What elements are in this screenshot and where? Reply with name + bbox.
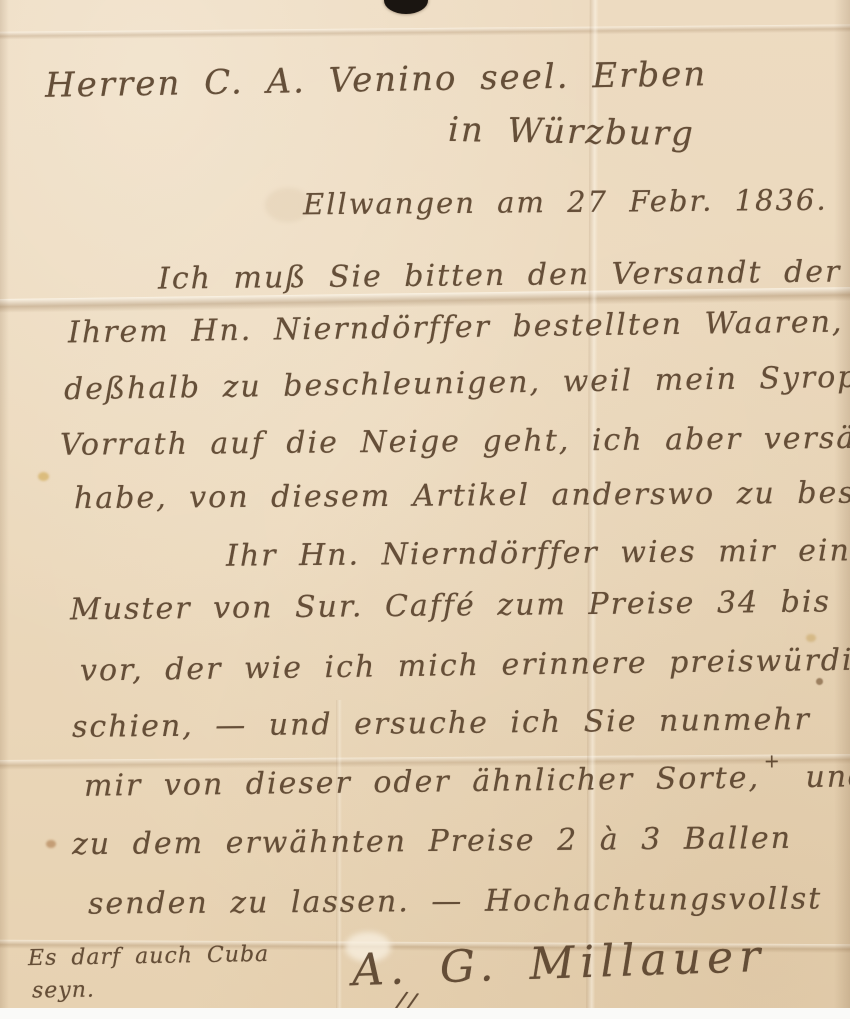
postscript-line-2: seyn. [32,977,95,1003]
p2-line-7: senden zu lassen. — Hochachtungsvollst [88,881,822,921]
stain-spot-1 [38,472,49,481]
p2-line-4: schien, — und ersuche ich Sie nunmehr [72,702,811,745]
p1-line-1: Ich muß Sie bitten den Versandt der [158,254,842,296]
wax-seal-remnant-icon [384,0,428,14]
p1-line-5: habe, von diesem Artikel anderswo zu bes… [74,475,850,516]
p2-line-5-tail: und [784,759,850,795]
p2-line-1: Ihr Hn. Nierndörffer wies mir ein [226,533,850,573]
recipient-line-1: Herren C. A. Venino seel. Erben [45,54,708,106]
p1-line-3: deßhalb zu beschleunigen, weil mein Syro… [64,360,850,407]
p1-line-4: Vorrath auf die Neige geht, ich aber ver… [60,420,850,463]
scan-background [0,1008,850,1019]
p2-line-5-text: mir von dieser oder ähnlicher Sorte, [84,761,760,804]
letter-sheet: Herren C. A. Venino seel. Erben in Würzb… [0,0,850,1008]
postscript-line-1: Es darf auch Cuba [28,942,270,971]
signature: A. G. Millauer [351,931,767,996]
p2-line-2: Muster von Sur. Caffé zum Preise 34 bis … [70,584,850,628]
fold-crease-top [0,24,850,40]
stain-spot-4 [806,634,816,642]
dateline: Ellwangen am 27 Febr. 1836. [303,183,828,222]
p2-line-6: zu dem erwähnten Preise 2 à 3 Ballen [72,821,792,862]
insertion-mark: + [764,750,782,772]
stain-spot-2 [46,840,56,848]
p1-line-2: Ihrem Hn. Nierndörffer bestellten Waaren… [68,305,844,351]
paper-edge-left [0,0,9,1008]
stain-spot-3 [816,678,823,685]
p2-line-5: mir von dieser oder ähnlicher Sorte,+ un… [84,759,850,804]
p2-line-3: vor, der wie ich mich erinnere preiswürd… [80,642,850,688]
recipient-line-2: in Würzburg [448,110,696,154]
p2-line-2-text: Muster von Sur. Caffé zum Preise 34 bis … [70,584,850,628]
